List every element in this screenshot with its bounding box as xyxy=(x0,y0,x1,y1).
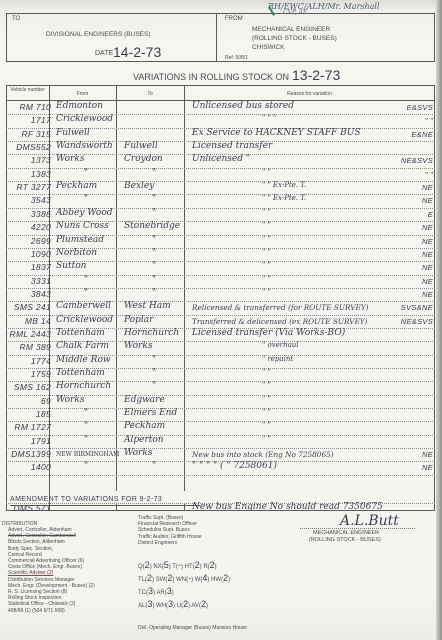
date-value: 14-2-73 xyxy=(113,44,161,60)
cell-reason: Transferred & delicensed (ex ROUTE SURVE… xyxy=(192,317,392,326)
bracket: ) xyxy=(206,603,208,609)
cell-vehicle: 1373 xyxy=(6,155,53,165)
cell-to: Croydon xyxy=(124,154,188,164)
cell-to: Peckham xyxy=(124,421,188,431)
codes-line: TC(3) AR(3) xyxy=(138,586,230,599)
cell-to: " xyxy=(124,461,188,471)
cell-vehicle: MB 14 xyxy=(6,316,53,326)
cell-reason: " overhaul xyxy=(192,341,392,349)
th-vehicle: Vehicle number xyxy=(6,87,49,93)
cell-from: Works xyxy=(56,395,120,405)
table-row: RML 2443TottenhamHornchurchLicensed tran… xyxy=(6,328,435,341)
cell-division: NE xyxy=(396,263,436,272)
cell-vehicle: 1717 xyxy=(6,115,53,125)
from-line-1: MECHANICAL ENGINEER xyxy=(252,26,330,33)
cell-to: " xyxy=(124,235,188,245)
from-line-3: CHISWICK xyxy=(252,44,285,51)
dist-item: District Engineers xyxy=(138,540,202,546)
table-row: 3331""" "NE xyxy=(6,275,435,288)
cell-reason: Ex Service to HACKNEY STAFF BUS xyxy=(192,128,392,138)
th-reason: Reason for variation xyxy=(184,91,435,97)
cell-division: NE xyxy=(396,223,436,232)
cell-from: Camberwell xyxy=(56,301,120,311)
cell-from: Fulwell xyxy=(56,128,120,138)
cell-from: " xyxy=(56,408,120,418)
cell-vehicle: 1774 xyxy=(6,356,53,366)
cell-from: Edmonton xyxy=(56,101,120,111)
code-key: NX xyxy=(153,564,161,570)
table-row: 3843""" "NE xyxy=(6,288,435,301)
code-key: WH xyxy=(156,603,166,609)
cell-from: " xyxy=(56,194,120,204)
cell-vehicle: RT 3277 xyxy=(6,182,53,192)
cell-from: Sutton xyxy=(56,261,120,271)
bracket: ) xyxy=(228,577,230,583)
cell-from: Nuns Cross xyxy=(56,221,120,231)
cell-reason: " repaint xyxy=(192,355,392,363)
code-key: TL xyxy=(138,577,145,583)
cell-vehicle: RML 2443 xyxy=(6,329,53,339)
cell-from: " xyxy=(56,168,120,178)
cell-from: Peckham xyxy=(56,181,120,191)
cell-vehicle: RM 710 xyxy=(6,102,53,112)
table-row: 2699Plumstead"" "NE xyxy=(6,235,435,248)
code-key: TC xyxy=(138,590,146,596)
cell-from: Chalk Farm xyxy=(56,341,120,351)
cell-vehicle: 1383 xyxy=(6,169,53,179)
cell-from: Cricklewood xyxy=(56,114,120,124)
cell-vehicle: 3386 xyxy=(6,209,53,219)
to-label: TO xyxy=(12,16,20,22)
dist-item: Traffic Auditor, Griffith House xyxy=(138,534,202,540)
cell-to: " xyxy=(124,194,188,204)
cell-from: " xyxy=(56,461,120,471)
cell-division: NE xyxy=(396,277,436,286)
code-key: HW xyxy=(211,577,221,583)
cell-from: Plumstead xyxy=(56,235,120,245)
cell-reason: " " xyxy=(192,168,392,176)
cell-from: Cricklewood xyxy=(56,315,120,325)
cell-division: NE xyxy=(396,290,436,299)
cell-from: Works xyxy=(56,154,120,164)
signature: A.L.Butt xyxy=(340,513,399,529)
cell-division: NE xyxy=(396,237,436,246)
cell-from: Wandsworth xyxy=(56,141,120,151)
table-row: RT 3277PeckhamBexley" " Ex-Pte. T.NE xyxy=(6,181,435,194)
cell-to: Bexley xyxy=(124,181,188,191)
cell-vehicle: 1791 xyxy=(6,436,53,446)
cell-vehicle: 69 xyxy=(6,396,53,406)
cell-to: West Ham xyxy=(124,301,188,311)
cell-reason: " " xyxy=(192,208,392,216)
code-key: SW xyxy=(156,577,166,583)
cell-to: Fulwell xyxy=(124,141,188,151)
to-recipient: DIVISIONAL ENGINEERS (BUSES) xyxy=(46,31,151,38)
cell-vehicle: SMS 241 xyxy=(6,302,53,312)
table-row: 69WorksEdgware" " xyxy=(6,395,435,408)
cell-reason: " " xyxy=(192,221,392,229)
cell-division: E xyxy=(396,210,436,219)
cell-vehicle: DMS 571 xyxy=(6,503,53,513)
table-row: RF 315FulwellEx Service to HACKNEY STAFF… xyxy=(6,128,435,141)
code-key: HT xyxy=(185,564,193,570)
cell-division: NE xyxy=(396,183,436,192)
cell-from: NEW BIRMINGHAM xyxy=(56,451,120,458)
bracket: ) xyxy=(215,564,217,570)
table-row: 1373WorksCroydonUnlicensed "NE&SVS xyxy=(6,154,435,167)
codes-line: Q(2) NX(5) T(-) HT(2) R(2) xyxy=(138,560,230,573)
table-row: 1400""" " " " ( " 7258061)NE xyxy=(6,461,435,474)
table-row: SMS 241CamberwellWest HamRelicensed & tr… xyxy=(6,301,435,314)
cell-reason: " " xyxy=(192,235,392,243)
table-row: 1759Tottenham"" " xyxy=(6,368,435,381)
cell-vehicle: 1090 xyxy=(6,249,53,259)
code-key: AR xyxy=(156,590,164,596)
cell-division: NE&SVS xyxy=(396,156,436,165)
cell-division: NE xyxy=(396,196,436,205)
table-row: 1774Middle Row"" repaint xyxy=(6,355,435,368)
signature-line xyxy=(300,528,415,529)
cell-reason: Licensed transfer xyxy=(192,141,392,151)
cell-to: Stonebridge xyxy=(124,221,188,231)
table-row: RM 389Chalk FarmWorks" overhaul xyxy=(6,341,435,354)
code-key: WN xyxy=(176,577,186,583)
from-line-2: (ROLLING STOCK - BUSES) xyxy=(252,35,337,42)
table-row: 1837Sutton"" "NE xyxy=(6,261,435,274)
codes-line: TL(2) SW(2) WN(-) W(4) HW(2) xyxy=(138,573,230,586)
table-row: 1791"Alperton" " xyxy=(6,435,435,448)
cell-vehicle: 4220 xyxy=(6,222,53,232)
cell-from: " xyxy=(56,421,120,431)
signature-title-2: (ROLLING STOCK - BUSES) xyxy=(309,537,381,543)
cell-division: E&NE xyxy=(396,130,436,139)
cell-vehicle: 3543 xyxy=(6,195,53,205)
cell-vehicle: 1837 xyxy=(6,262,53,272)
cell-to: " xyxy=(124,261,188,271)
cell-vehicle: 3843 xyxy=(6,289,53,299)
cell-reason: Licensed transfer (Via Works-BO) xyxy=(192,328,392,338)
cell-to: " xyxy=(124,355,188,365)
cell-vehicle: 1400 xyxy=(6,462,53,472)
th-to: To xyxy=(116,91,184,97)
cell-from: " xyxy=(56,288,120,298)
cell-vehicle: 2699 xyxy=(6,236,53,246)
date-label: DATE xyxy=(95,50,113,57)
cell-to: Alperton xyxy=(124,435,188,445)
cell-from: " xyxy=(56,435,120,445)
code-key: AV xyxy=(191,603,199,609)
cell-reason: " " xyxy=(192,408,392,416)
table-row: SMS 162Hornchurch"" " xyxy=(6,381,435,394)
cell-division: NE&SVS xyxy=(396,317,436,326)
cell-reason: Unlicensed " xyxy=(192,154,392,164)
cell-reason: " " xyxy=(192,421,392,429)
cell-to: Poplar xyxy=(124,315,188,325)
table-row: MB 14CricklewoodPoplarTransferred & deli… xyxy=(6,315,435,328)
cell-to: Elmers End xyxy=(124,408,188,418)
table-row: DMS552WandsworthFulwellLicensed transfer xyxy=(6,141,435,154)
cell-to: " xyxy=(124,248,188,258)
cell-from: Tottenham xyxy=(56,328,120,338)
cell-to: " xyxy=(124,368,188,378)
cell-reason: New bus Engine No should read 7350675 xyxy=(192,502,392,512)
table-row: 3386Abbey Wood"" "E xyxy=(6,208,435,221)
header-divider xyxy=(216,13,217,62)
cell-vehicle: DMS552 xyxy=(6,142,53,152)
cell-division: " " xyxy=(396,170,436,179)
divl-operating-manager: Divl. Operating Manager (Buses) Mansion … xyxy=(138,625,247,631)
cell-division: SVS&NE xyxy=(396,303,436,312)
cell-to: " xyxy=(124,208,188,218)
table-row: RM 1727"Peckham" " xyxy=(6,421,435,434)
cell-reason: " " xyxy=(192,395,392,403)
cell-reason: " " xyxy=(192,435,392,443)
cell-vehicle: 3331 xyxy=(6,276,53,286)
cell-vehicle: RM 1727 xyxy=(6,422,53,432)
cell-reason: " " xyxy=(192,248,392,256)
bracket: ) xyxy=(172,590,174,596)
cell-from: Hornchurch xyxy=(56,381,120,391)
table-row: RM 710EdmontonUnlicensed bus storedE&SVS xyxy=(6,101,435,114)
row-rule xyxy=(6,475,435,476)
cell-reason: Unlicensed bus stored xyxy=(192,101,392,111)
cell-reason: Relicensed & transferred (for ROUTE SURV… xyxy=(192,303,392,312)
cell-vehicle: SMS 162 xyxy=(6,382,53,392)
cell-to: " xyxy=(124,288,188,298)
cell-vehicle: 185 xyxy=(6,409,53,419)
cell-vehicle: DMS1399 xyxy=(6,449,53,459)
cell-to: Works xyxy=(124,448,188,458)
cell-division: E&SVS xyxy=(396,103,436,112)
cell-reason: " " xyxy=(192,381,392,389)
cell-to: " xyxy=(124,275,188,285)
cell-to: Hornchurch xyxy=(124,328,188,338)
from-label: FROM xyxy=(225,16,243,22)
cell-from: Abbey Wood xyxy=(56,208,120,218)
cell-division: NE xyxy=(396,250,436,259)
table-row: 185"Elmers End" " xyxy=(6,408,435,421)
cell-reason: " " Ex-Pte. T. xyxy=(192,181,392,189)
cell-from: Middle Row xyxy=(56,355,120,365)
cell-division: " " xyxy=(396,116,436,125)
page-edge-shadow xyxy=(436,0,442,640)
cell-from: Norbiton xyxy=(56,248,120,258)
cell-to: " xyxy=(124,381,188,391)
district-engineer-codes: Q(2) NX(5) T(-) HT(2) R(2) TL(2) SW(2) W… xyxy=(138,560,230,612)
cell-reason: " " " " ( " 7258061) xyxy=(192,461,392,471)
cell-division: NE xyxy=(396,463,436,472)
table-row: DMS1399NEW BIRMINGHAMWorksNew bus into s… xyxy=(6,448,435,461)
title-date: 13-2-73 xyxy=(292,67,340,83)
cell-reason: " " " xyxy=(192,114,392,122)
cell-vehicle: RF 315 xyxy=(6,129,53,139)
page-title: VARIATIONS IN ROLLING STOCK ON xyxy=(133,72,289,82)
dist-item: 408/69 (1) (504 6/71 508) xyxy=(8,608,95,614)
cell-reason: " " xyxy=(192,275,392,283)
cell-to: " xyxy=(124,168,188,178)
cell-to: Works xyxy=(124,341,188,351)
cell-from: Tottenham xyxy=(56,368,120,378)
table-row: 1090Norbiton"" "NE xyxy=(6,248,435,261)
cell-to: Edgware xyxy=(124,395,188,405)
table-row: 1383""" "" " xyxy=(6,168,435,181)
cell-reason: " " xyxy=(192,368,392,376)
table-row: 4220Nuns CrossStonebridge" "NE xyxy=(6,221,435,234)
table-row: 3543""" " Ex-Pte. T.NE xyxy=(6,194,435,207)
distribution-list-left: Advert, Controller, Aldenham Advert, Con… xyxy=(8,527,95,614)
cell-reason: " " Ex-Pte. T. xyxy=(192,194,392,202)
table-row: 1717Cricklewood" " "" " xyxy=(6,114,435,127)
th-from: From xyxy=(49,91,116,97)
cell-vehicle: RM 389 xyxy=(6,342,53,352)
cell-reason: " " xyxy=(192,261,392,269)
signature-title-1: MECHANICAL ENGINEER xyxy=(313,530,379,536)
cell-vehicle: 1759 xyxy=(6,369,53,379)
codes-line: AL(3) WH(3) U(2) AV(2) xyxy=(138,599,230,612)
cell-division: NE xyxy=(396,450,436,459)
distribution-list-middle: Traffic Supt. (Buses) Financial Research… xyxy=(138,515,202,546)
cell-reason: " " xyxy=(192,288,392,296)
cell-from: " xyxy=(56,275,120,285)
reference-number: Ref. 508/1 xyxy=(225,55,248,61)
cell-reason: New bus into stock (Eng No 7258065) xyxy=(192,450,392,459)
